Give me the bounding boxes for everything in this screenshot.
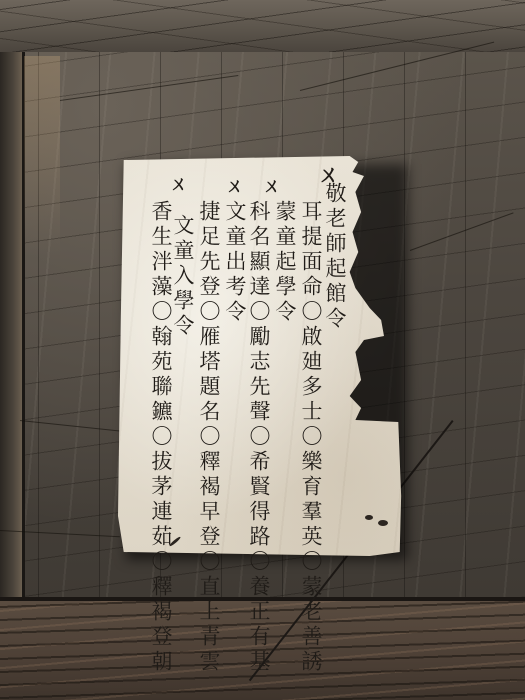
column-verse: 科名顯達〇勵志先聲〇希賢得路〇養正有基 [248,200,270,556]
wood-left-edge [0,52,25,597]
column-heading-entry: 文童入學令 [172,214,194,556]
column-heading-pupil: 蒙童起學令 [274,200,296,556]
column-verse: 捷足先登〇雁塔題名〇釋褐早登〇直上青雲 [198,200,220,556]
column-verse: 香生泮藻〇翰苑聯鑣〇拔茅連茹〇釋褐登朝 [150,200,172,556]
column-heading-exam: 文童出考令 [224,200,246,556]
wood-plank-top [0,0,525,55]
wood-light-strip [24,56,60,256]
column-verse: 耳提面命〇啟廸多士〇樂育羣英〇蒙老善誘 [300,200,322,556]
column-heading-teacher: 敬老師起館令 [324,182,346,556]
manuscript-columns: 敬老師起館令 耳提面命〇啟廸多士〇樂育羣英〇蒙老善誘 蒙童起學令 科名顯達〇勵志… [118,156,404,556]
photo-scene: ㄨ ㄨ ㄨ ㄨ 敬老師起館令 耳提面命〇啟廸多士〇樂育羣英〇蒙老善誘 蒙童起學令… [0,0,525,700]
